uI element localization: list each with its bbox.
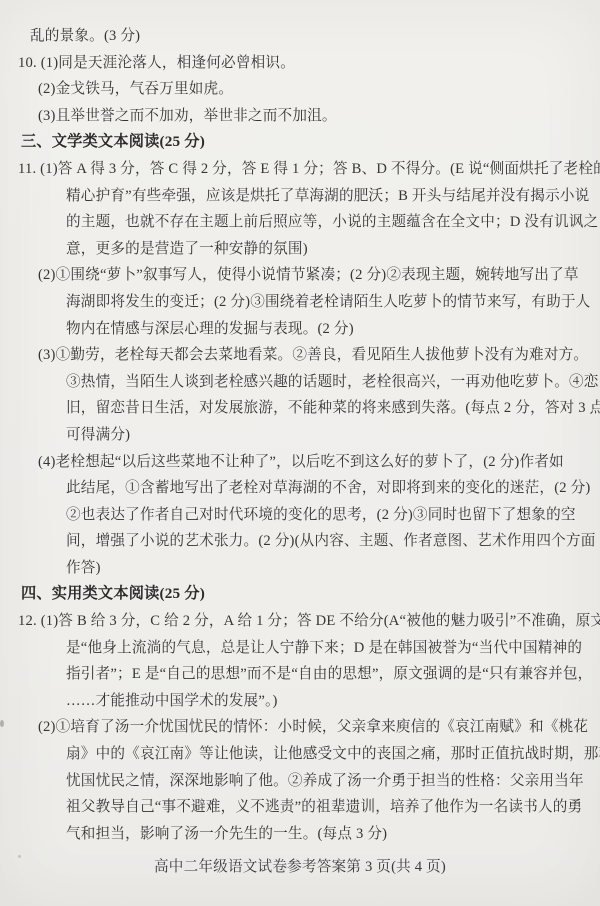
scan-speckle bbox=[0, 720, 4, 727]
answer-11-4-line-4: 间，增强了小说的艺术张力。(2 分)(从内容、主题、作者意图、艺术作用四个方面 bbox=[0, 528, 600, 555]
carryover-answer-line: 乱的景象。(3 分) bbox=[0, 23, 600, 50]
answer-11-2-line-3: 物内在情感与深层心理的发掘与表现。(2 分) bbox=[0, 316, 600, 343]
answer-10-3-line: (3)且举世誉之而不加劝，举世非之而不加沮。 bbox=[0, 103, 600, 130]
answer-key-page: 乱的景象。(3 分) 10. (1)同是天涯沦落人，相逢何必曾相识。 (2)金戈… bbox=[0, 0, 600, 906]
answer-11-3-line-2: ③热情，当陌生人谈到老栓感兴趣的话题时，老栓很高兴，一再劝他吃萝卜。④恋 bbox=[0, 369, 600, 396]
answer-11-3-line-4: 可得满分) bbox=[0, 422, 600, 449]
answer-12-1-line-2: 是“他身上流淌的气息，总是让人宁静下来；D 是在韩国被誉为“当代中国精神的 bbox=[0, 635, 600, 662]
section-heading-literary-reading: 三、文学类文本阅读(25 分) bbox=[0, 129, 600, 156]
answer-11-4-line-2: 此结尾，①含蓄地写出了老栓对草海湖的不舍，对即将到来的变化的迷茫，(2 分) bbox=[0, 475, 600, 502]
answer-11-2-line-2: 海湖即将发生的变迁；(2 分)③围绕着老栓请陌生人吃萝卜的情节来写，有助于人 bbox=[0, 289, 600, 316]
answer-12-2-line-3: 忧国忧民之情，深深地影响了他。②养成了汤一介勇于担当的性格：父亲用当年 bbox=[0, 768, 600, 795]
page-footer: 高中二年级语文试卷参考答案第 3 页(共 4 页) bbox=[0, 854, 600, 880]
answer-11-2-line-1: (2)①围绕“萝卜”叙事写人，使得小说情节紧凑；(2 分)②表现主题，婉转地写出… bbox=[0, 262, 600, 289]
answer-key-text-block: 乱的景象。(3 分) 10. (1)同是天涯沦落人，相逢何必曾相识。 (2)金戈… bbox=[0, 23, 600, 880]
section-heading-practical-reading: 四、实用类文本阅读(25 分) bbox=[0, 581, 600, 608]
answer-11-4-line-3: ②也表达了作者自己对时代环境的变化的思考，(2 分)③同时也留下了想象的空 bbox=[0, 502, 600, 529]
answer-11-3-line-1: (3)①勤劳，老栓每天都会去菜地看菜。②善良，看见陌生人拔他萝卜没有为难对方。 bbox=[0, 342, 600, 369]
answer-11-1-line-1: 11. (1)答 A 得 3 分，答 C 得 2 分，答 E 得 1 分；答 B… bbox=[0, 156, 600, 183]
answer-11-3-line-3: 旧，留恋昔日生活，对发展旅游，不能种菜的将来感到失落。(每点 2 分，答对 3 … bbox=[0, 395, 600, 422]
answer-11-4-line-5: 作答) bbox=[0, 555, 600, 582]
scan-speckle bbox=[18, 855, 21, 858]
answer-11-1-line-4: 意，更多的是营造了一种安静的氛围) bbox=[0, 236, 600, 263]
answer-12-2-line-1: (2)①培育了汤一介忧国忧民的情怀：小时候，父亲拿来庾信的《哀江南赋》和《桃花 bbox=[0, 714, 600, 741]
answer-11-4-line-1: (4)老栓想起“以后这些菜地不让种了”，以后吃不到这么好的萝卜了，(2 分)作者… bbox=[0, 449, 600, 476]
answer-12-2-line-5: 气和担当，影响了汤一介先生的一生。(每点 3 分) bbox=[0, 821, 600, 848]
answer-11-1-line-3: 的主题，也就不存在主题上前后照应等，小说的主题蕴含在全文中；D 没有讥讽之 bbox=[0, 209, 600, 236]
answer-12-2-line-2: 扇》中的《哀江南》等让他读，让他感受文中的丧国之痛，那时正值抗战时期，那种 bbox=[0, 741, 600, 768]
answer-12-2-line-4: 祖父教导自己“事不避难，义不逃责”的祖辈遗训，培养了他作为一名读书人的勇 bbox=[0, 794, 600, 821]
answer-10-2-line: (2)金戈铁马，气吞万里如虎。 bbox=[0, 76, 600, 103]
answer-11-1-line-2: 精心护育”有些牵强，应该是烘托了草海湖的肥沃；B 开头与结尾并没有揭示小说 bbox=[0, 183, 600, 210]
answer-12-1-line-3: 指引者”；E 是“自己的思想”而不是“自由的思想”，原文强调的是“只有兼容并包， bbox=[0, 661, 600, 688]
answer-10-1-line: 10. (1)同是天涯沦落人，相逢何必曾相识。 bbox=[0, 50, 600, 77]
answer-12-1-line-1: 12. (1)答 B 给 3 分，C 给 2 分，A 给 1 分；答 DE 不给… bbox=[0, 608, 600, 635]
answer-12-1-line-4: ……才能推动中国学术的发展”。) bbox=[0, 688, 600, 715]
